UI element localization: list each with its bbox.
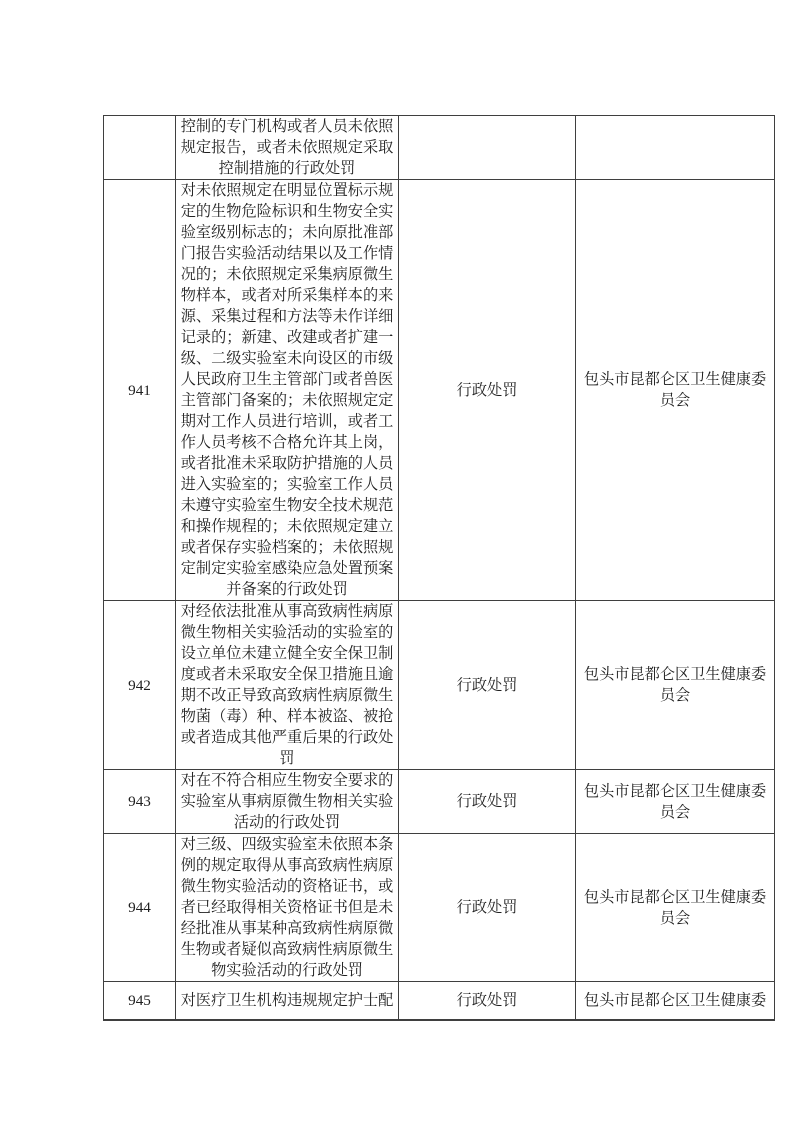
row-number-cell: 944 [104,834,176,982]
row-number-cell: 942 [104,601,176,770]
matter-cell: 对未依照规定在明显位置标示规定的生物危险标识和生物安全实验室级别标志的；未向原批… [176,180,399,601]
row-number-cell [104,116,176,180]
matter-cell: 控制的专门机构或者人员未依照规定报告，或者未依照规定采取控制措施的行政处罚 [176,116,399,180]
authority-cell [576,116,775,180]
table-row-944: 944 对三级、四级实验室未依照本条例的规定取得从事高致病性病原微生物实验活动的… [104,834,775,982]
table-row-941: 941 对未依照规定在明显位置标示规定的生物危险标识和生物安全实验室级别标志的；… [104,180,775,601]
matter-cell: 对三级、四级实验室未依照本条例的规定取得从事高致病性病原微生物实验活动的资格证书… [176,834,399,982]
punishment-type-cell: 行政处罚 [399,601,576,770]
matter-cell: 对在不符合相应生物安全要求的实验室从事病原微生物相关实验活动的行政处罚 [176,770,399,834]
authority-cell: 包头市昆都仑区卫生健康委员会 [576,834,775,982]
document-page: 控制的专门机构或者人员未依照规定报告，或者未依照规定采取控制措施的行政处罚 94… [0,0,793,1122]
authority-cell: 包头市昆都仑区卫生健康委员会 [576,601,775,770]
authority-cell: 包头市昆都仑区卫生健康委员会 [576,180,775,601]
admin-punishment-table: 控制的专门机构或者人员未依照规定报告，或者未依照规定采取控制措施的行政处罚 94… [103,115,775,1021]
authority-cell: 包头市昆都仑区卫生健康委 [576,982,775,1020]
row-number-cell: 945 [104,982,176,1020]
table-row-943: 943 对在不符合相应生物安全要求的实验室从事病原微生物相关实验活动的行政处罚 … [104,770,775,834]
punishment-type-cell [399,116,576,180]
row-number-cell: 941 [104,180,176,601]
row-number-cell: 943 [104,770,176,834]
matter-cell: 对经依法批准从事高致病性病原微生物相关实验活动的实验室的设立单位未建立健全安全保… [176,601,399,770]
table-row-945-clipped: 945 对医疗卫生机构违规规定护士配 行政处罚 包头市昆都仑区卫生健康委 [104,982,775,1020]
punishment-type-cell: 行政处罚 [399,834,576,982]
matter-cell: 对医疗卫生机构违规规定护士配 [176,982,399,1020]
punishment-type-cell: 行政处罚 [399,770,576,834]
authority-cell: 包头市昆都仑区卫生健康委员会 [576,770,775,834]
punishment-type-cell: 行政处罚 [399,180,576,601]
table-row-continued: 控制的专门机构或者人员未依照规定报告，或者未依照规定采取控制措施的行政处罚 [104,116,775,180]
punishment-type-cell: 行政处罚 [399,982,576,1020]
table-row-942: 942 对经依法批准从事高致病性病原微生物相关实验活动的实验室的设立单位未建立健… [104,601,775,770]
